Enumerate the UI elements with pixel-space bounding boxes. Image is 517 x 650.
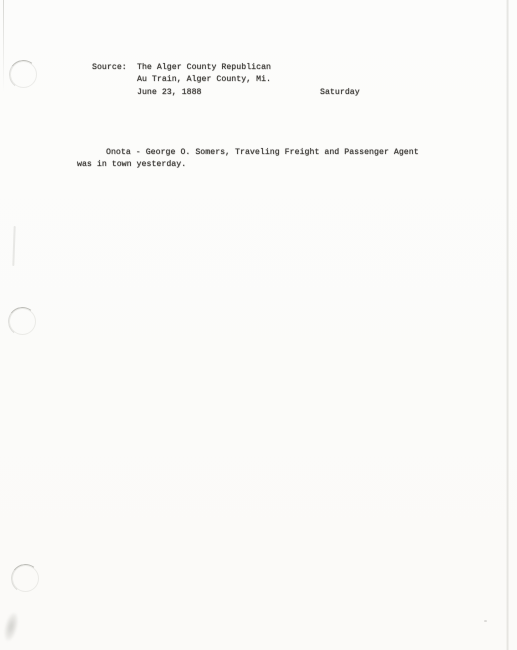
article-body-line: was in town yesterday.: [77, 161, 186, 169]
weekday-label: Saturday: [320, 89, 360, 97]
scan-speck-mark: [484, 620, 487, 622]
page-left-edge: [3, 0, 4, 92]
page-right-edge: [506, 0, 509, 650]
source-publication-line: The Alger County Republican: [137, 64, 271, 72]
hole-punch-mark: [12, 565, 39, 592]
source-location-line: Au Train, Alger County, Mi.: [137, 76, 271, 84]
page-left-crease-mark: [12, 226, 15, 266]
scanned-document-page: Source: The Alger County Republican Au T…: [0, 0, 517, 650]
source-label: Source:: [92, 64, 127, 72]
hole-punch-mark: [9, 308, 36, 335]
source-date-line: June 23, 1888: [137, 89, 202, 97]
hole-punch-mark: [10, 61, 37, 88]
scan-smudge-mark: [0, 604, 26, 649]
article-body-line: Onota - George O. Somers, Traveling Frei…: [106, 149, 419, 157]
